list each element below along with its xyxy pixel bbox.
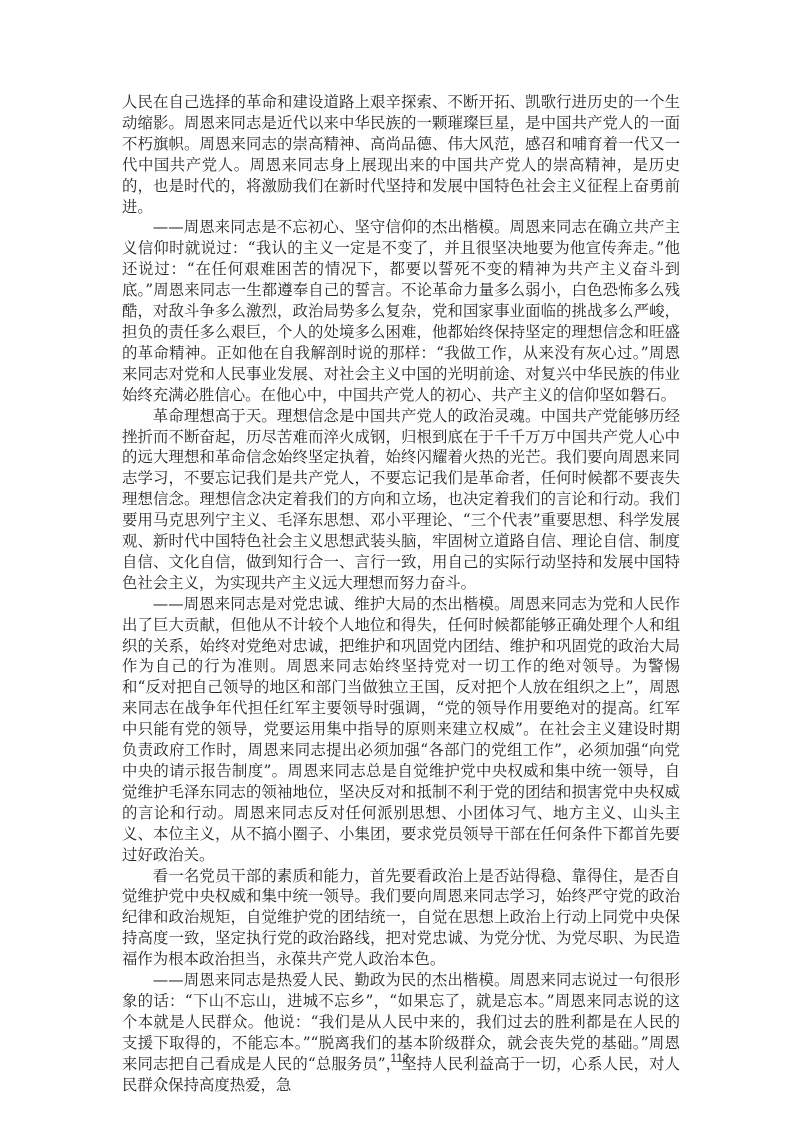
paragraph-1: 人民在自己选择的革命和建设道路上艰辛探索、不断开拓、凯歌行进历史的一个生动缩影。… (122, 92, 680, 217)
paragraph-4: ——周恩来同志是对党忠诚、维护大局的杰出楷模。周恩来同志为党和人民作出了巨大贡献… (122, 594, 680, 866)
page-number: 112 (0, 1051, 800, 1065)
body-text: 人民在自己选择的革命和建设道路上艰辛探索、不断开拓、凯歌行进历史的一个生动缩影。… (122, 92, 680, 1096)
document-page: 人民在自己选择的革命和建设道路上艰辛探索、不断开拓、凯歌行进历史的一个生动缩影。… (0, 0, 800, 1133)
paragraph-5: 看一名党员干部的素质和能力，首先要看政治上是否站得稳、靠得住，是否自觉维护党中央… (122, 866, 680, 971)
paragraph-2: ——周恩来同志是不忘初心、坚守信仰的杰出楷模。周恩来同志在确立共产主义信仰时就说… (122, 217, 680, 405)
paragraph-6: ——周恩来同志是热爱人民、勤政为民的杰出楷模。周恩来同志说过一句很形象的话：“下… (122, 970, 680, 1095)
paragraph-3: 革命理想高于天。理想信念是中国共产党人的政治灵魂。中国共产党能够历经挫折而不断奋… (122, 406, 680, 594)
